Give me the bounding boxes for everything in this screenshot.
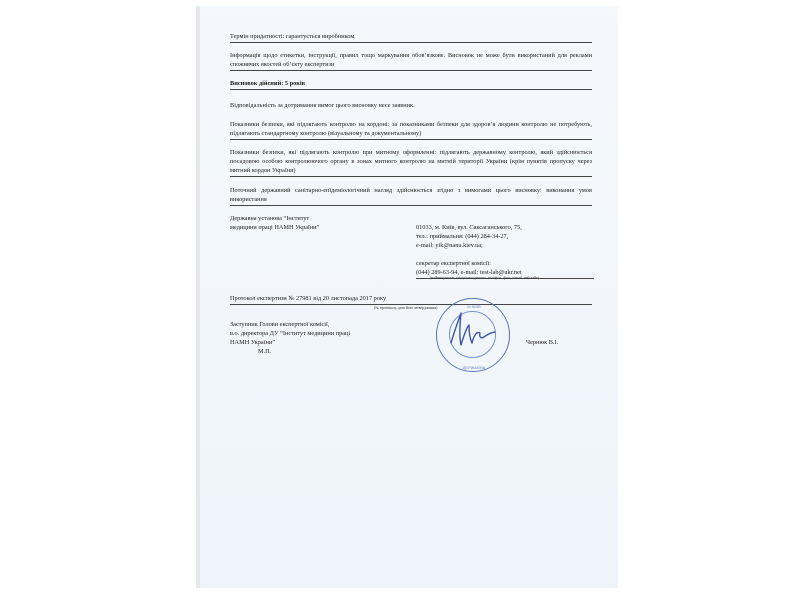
signatory-title-line3: НАМН України” xyxy=(230,338,430,347)
svg-text:М.КИЇВ: М.КИЇВ xyxy=(467,304,481,309)
svg-text:ДЕРЖАВНА: ДЕРЖАВНА xyxy=(463,365,486,370)
institution-name: Державна установа “Інститут медицини пра… xyxy=(230,214,410,232)
document-page: Термін придатності: гарантується виробни… xyxy=(196,6,618,588)
customs-control-field: Показники безпеки, які підлягають контро… xyxy=(230,148,592,177)
institution-name-line2: медицини праці НАМН України” xyxy=(230,223,410,232)
shelf-life-field: Термін придатності: гарантується виробни… xyxy=(230,32,592,43)
signatory-name: Чернюк В.І. xyxy=(526,338,558,347)
supervision-field: Поточний державний санітарно-епідеміолог… xyxy=(230,186,592,206)
signatory-title-line1: Заступник Голови експертної комісії, xyxy=(230,320,430,329)
signatory-block: Заступник Голови експертної комісії, в.о… xyxy=(230,320,430,356)
signatory-title-line2: в.о. директора ДУ “Інститут медицини пра… xyxy=(230,329,430,338)
protocol-caption: (№ протоколу, дата його затвердження) xyxy=(374,306,437,311)
institution-phone: тел.: приймальня: (044) 284-34-27, xyxy=(416,232,594,241)
secretary-label: секретар експертної комісії: xyxy=(416,259,594,268)
border-control-field: Показники безпеки, які підлягають контро… xyxy=(230,120,592,140)
institution-name-line1: Державна установа “Інститут xyxy=(230,214,410,223)
institution-address: 01033, м. Київ, вул. Саксаганського, 75, xyxy=(416,223,594,232)
signature-icon: М.КИЇВ ДЕРЖАВНА xyxy=(437,299,511,373)
validity-field: Висновок дійсний: 5 років xyxy=(230,79,592,90)
seal-mark: М.П. xyxy=(230,347,430,356)
institution-contacts: 01033, м. Київ, вул. Саксаганського, 75,… xyxy=(416,223,594,279)
labeling-info-field: Інформація щодо етикетки, інструкції, пр… xyxy=(230,51,592,71)
official-stamp-icon: М.КИЇВ ДЕРЖАВНА xyxy=(436,298,510,372)
contact-caption: (найменування, місцезнаходження, телефон… xyxy=(430,276,539,281)
institution-email: e-mail: yik@nanu.kiev.ua; xyxy=(416,241,594,250)
protocol-field: Протокол експертизи № 27981 від 20 листо… xyxy=(230,294,592,305)
responsibility-text: Відповідальність за дотримання вимог цьо… xyxy=(230,101,592,110)
